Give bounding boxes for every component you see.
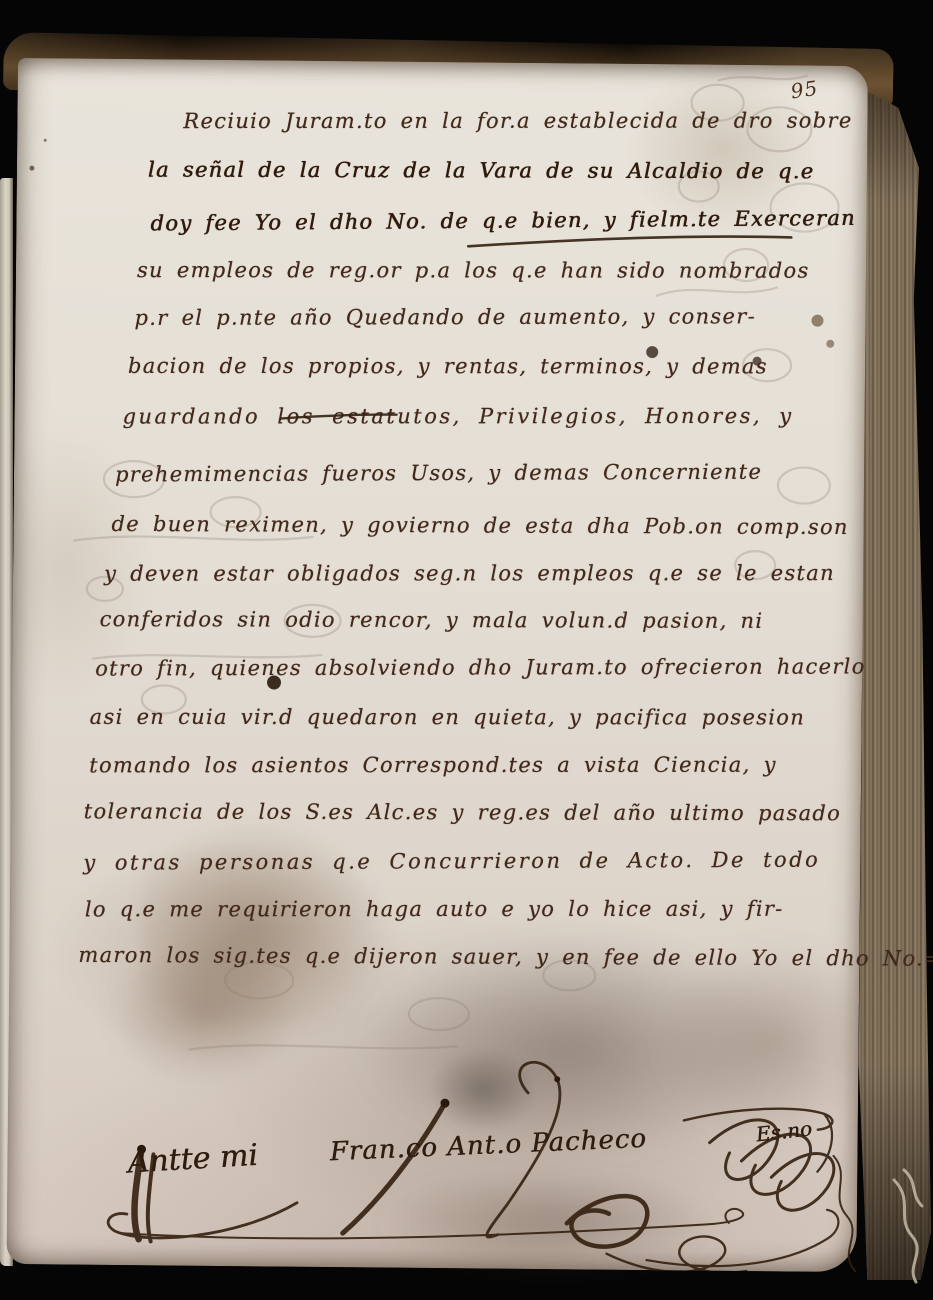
manuscript-line: su empleos de reg.or p.a los q.e han sid… <box>137 258 810 283</box>
manuscript-line: y deven estar obligados seg.n los empleo… <box>104 561 835 586</box>
manuscript-line: de buen reximen, y govierno de esta dha … <box>111 512 848 539</box>
manuscript-line: prehemimencias fueros Usos, y demas Conc… <box>115 460 762 487</box>
manuscript-line: otro fin, quienes absolviendo dho Juram.… <box>95 654 866 680</box>
signature-name: Fran.co Ant.o Pacheco <box>329 1124 647 1168</box>
manuscript-line: lo q.e me requirieron haga auto e yo lo … <box>85 897 784 922</box>
manuscript-line: Reciuio Juram.to en la for.a establecida… <box>183 109 852 134</box>
manuscript-line: conferidos sin odio rencor, y mala volun… <box>100 607 764 633</box>
manuscript-line: tomando los asientos Correspond.tes a vi… <box>89 753 777 778</box>
manuscript-line: la señal de la Cruz de la Vara de su Alc… <box>148 158 814 184</box>
stain <box>381 1170 722 1278</box>
manuscript-page: 95 Reciuio Juram.to en la for.a establec… <box>6 58 868 1272</box>
stain <box>656 942 893 1139</box>
manuscript-line: doy fee Yo el dho No. de q.e bien, y fie… <box>150 206 856 236</box>
manuscript-line: bacion de los propios, y rentas, termino… <box>128 354 768 379</box>
manuscript-line: p.r el p.nte año Quedando de aumento, y … <box>135 304 756 330</box>
signature-suffix: Es.no <box>755 1116 813 1146</box>
manuscript-line: guardando los estatutos, Privilegios, Ho… <box>123 404 794 429</box>
manuscript-line: y otras personas q.e Concurrieron de Act… <box>83 848 820 875</box>
manuscript-line: tolerancia de los S.es Alc.es y reg.es d… <box>84 799 841 825</box>
page-number: 95 <box>789 76 820 104</box>
book-photograph: 95 Reciuio Juram.to en la for.a establec… <box>0 0 933 1300</box>
manuscript-line: maron los sig.tes q.e dijeron sauer, y e… <box>78 943 933 971</box>
manuscript-line: asi en cuia vir.d quedaron en quieta, y … <box>90 705 805 730</box>
signature-prefix: Antte mi <box>127 1138 259 1181</box>
stain <box>428 1047 539 1133</box>
